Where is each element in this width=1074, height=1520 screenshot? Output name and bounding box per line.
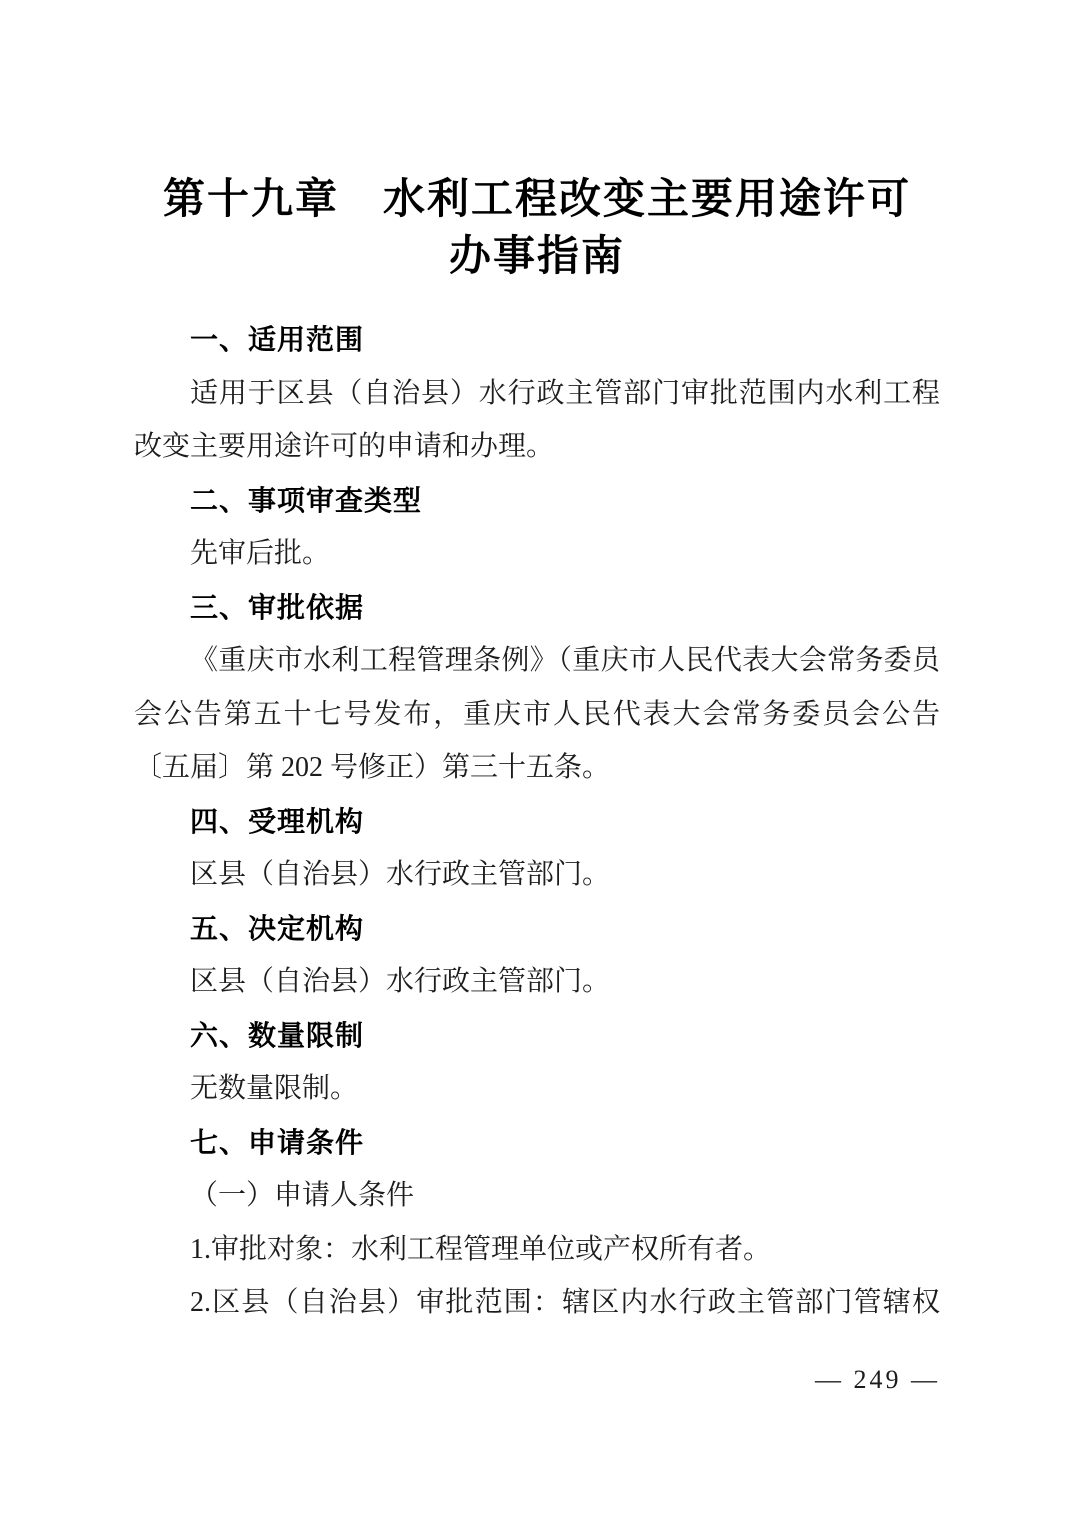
chapter-title-line2: 办事指南: [0, 229, 1074, 286]
paragraph-approval-scope: 2.区县（自治县）审批范围：辖区内水行政主管部门管辖权: [134, 1276, 940, 1330]
paragraph-approval-target: 1.审批对象：水利工程管理单位或产权所有者。: [134, 1223, 940, 1277]
paragraph-review-type: 先审后批。: [134, 527, 940, 581]
chapter-title-line1: 第十九章 水利工程改变主要用途许可: [0, 172, 1074, 229]
page-number: — 249 —: [815, 1363, 940, 1397]
paragraph-quantity-limit: 无数量限制。: [134, 1062, 940, 1116]
document-page: 第十九章 水利工程改变主要用途许可 办事指南 一、适用范围 适用于区县（自治县）…: [0, 0, 1074, 1520]
paragraph-scope: 适用于区县（自治县）水行政主管部门审批范围内水利工程改变主要用途许可的申请和办理…: [134, 367, 940, 474]
document-body: 一、适用范围 适用于区县（自治县）水行政主管部门审批范围内水利工程改变主要用途许…: [134, 313, 940, 1330]
paragraph-applicant-conditions-subtitle: （一）申请人条件: [134, 1169, 940, 1223]
section-heading-quantity-limit: 六、数量限制: [134, 1009, 940, 1063]
paragraph-approval-basis: 《重庆市水利工程管理条例》（重庆市人民代表大会常务委员会公告第五十七号发布，重庆…: [134, 634, 940, 795]
paragraph-deciding-agency: 区县（自治县）水行政主管部门。: [134, 955, 940, 1009]
section-heading-application-conditions: 七、申请条件: [134, 1116, 940, 1170]
section-heading-approval-basis: 三、审批依据: [134, 581, 940, 635]
section-heading-deciding-agency: 五、决定机构: [134, 902, 940, 956]
chapter-title: 第十九章 水利工程改变主要用途许可 办事指南: [0, 172, 1074, 286]
paragraph-accepting-agency: 区县（自治县）水行政主管部门。: [134, 848, 940, 902]
section-heading-review-type: 二、事项审查类型: [134, 474, 940, 528]
section-heading-accepting-agency: 四、受理机构: [134, 795, 940, 849]
section-heading-scope: 一、适用范围: [134, 313, 940, 367]
